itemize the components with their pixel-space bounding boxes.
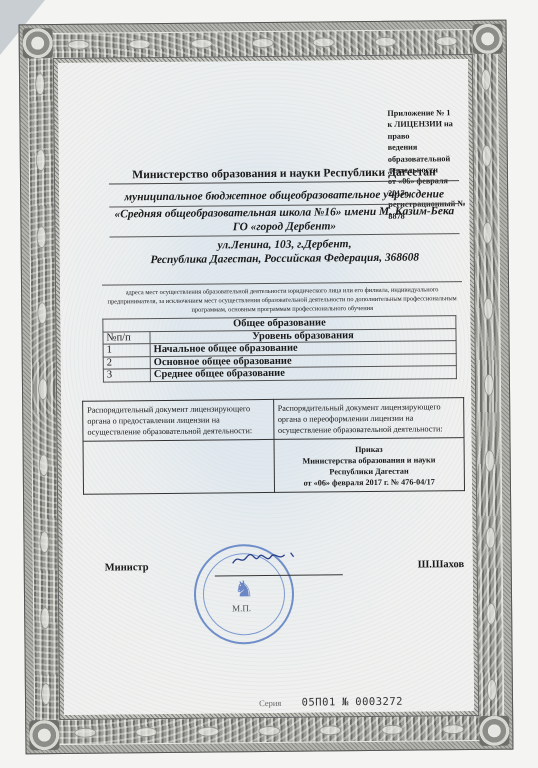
frame-scroll-ornament-icon [39,531,49,553]
frame-corner-ornament-icon [473,24,503,54]
serial-label: Серия [259,698,281,708]
frame-scroll-ornament-icon [374,37,396,47]
frame-corner-ornament-icon [23,28,53,58]
frame-scroll-ornament-icon [381,725,403,735]
form-serial-number: Серия 05П01 № 0003272 [259,696,403,709]
ministry-title: Министерство образования и науки Республ… [109,165,459,184]
institution-address: ул.Ленина, 103, г.Дербент, Республика Да… [110,237,460,268]
row-number: 1 [103,344,150,357]
frame-scroll-ornament-icon [482,221,492,243]
serial-number: 0003272 [355,696,403,708]
reissuance-document-header: Распорядительный документ лицензирующего… [273,398,464,440]
row-level: Среднее общее образование [150,366,456,381]
license-appendix-sheet: Приложение № 1 к ЛИЦЕНЗИИ на право веден… [19,20,514,755]
institution-name: «Средняя общеобразовательная школа №16» … [109,205,459,238]
signatory-title: Министр [105,562,149,573]
reissuance-document-value: Приказ Министерства образования и науки … [274,438,465,493]
education-levels-table: Общее образование №п/п Уровень образован… [102,315,457,382]
issuance-document-value [83,439,274,494]
frame-scroll-ornament-icon [481,69,491,91]
serial-number-sign: № [342,696,349,708]
frame-scroll-ornament-icon [487,679,497,701]
row-number: 2 [103,356,150,369]
frame-scroll-ornament-icon [197,726,219,736]
stamp-label: М.П. [232,603,251,613]
table-row: 3 Среднее общее образование [103,366,456,382]
frame-scroll-ornament-icon [485,526,495,548]
order-line: от «06» февраля 2017 г. № 476-04/17 [278,476,460,489]
handwritten-signature-icon [231,549,301,570]
address-line: Республика Дагестан, Российская Федераци… [110,251,460,268]
address-note: адреса мест осуществления образовательно… [102,281,462,315]
frame-scroll-ornament-icon [190,38,212,48]
serial-series: 05П01 [302,696,336,708]
frame-scroll-ornament-icon [41,683,51,705]
row-number: 3 [103,369,150,382]
order-line: Министерства образования и науки [278,454,460,467]
frame-scroll-ornament-icon [38,378,48,400]
frame-scroll-ornament-icon [484,374,494,396]
frame-scroll-ornament-icon [483,298,493,320]
column-header-number: №п/п [103,331,150,344]
appendix-line: Приложение № 1 [387,107,468,119]
frame-scroll-ornament-icon [36,226,46,248]
frame-scroll-ornament-icon [37,302,47,324]
eagle-emblem-icon: ♞ [226,576,262,602]
document-body: Приложение № 1 к ЛИЦЕНЗИИ на право веден… [58,59,474,715]
docs-header-row: Распорядительный документ лицензирующего… [83,398,464,442]
appendix-line: ведения образовательной [388,141,469,165]
frame-scroll-ornament-icon [486,603,496,625]
appendix-line: к ЛИЦЕНЗИИ на право [387,118,468,142]
frame-scroll-ornament-icon [35,73,45,95]
docs-value-row: Приказ Министерства образования и науки … [83,438,464,495]
frame-corner-ornament-icon [479,716,509,746]
frame-scroll-ornament-icon [40,607,50,629]
issuance-document-header: Распорядительный документ лицензирующего… [83,399,274,441]
frame-corner-ornament-icon [29,720,59,750]
administrative-documents-table: Распорядительный документ лицензирующего… [82,397,465,495]
institution-type: муниципальное бюджетное общеобразователь… [109,188,459,207]
signatory-name: Ш.Шахов [418,559,465,570]
